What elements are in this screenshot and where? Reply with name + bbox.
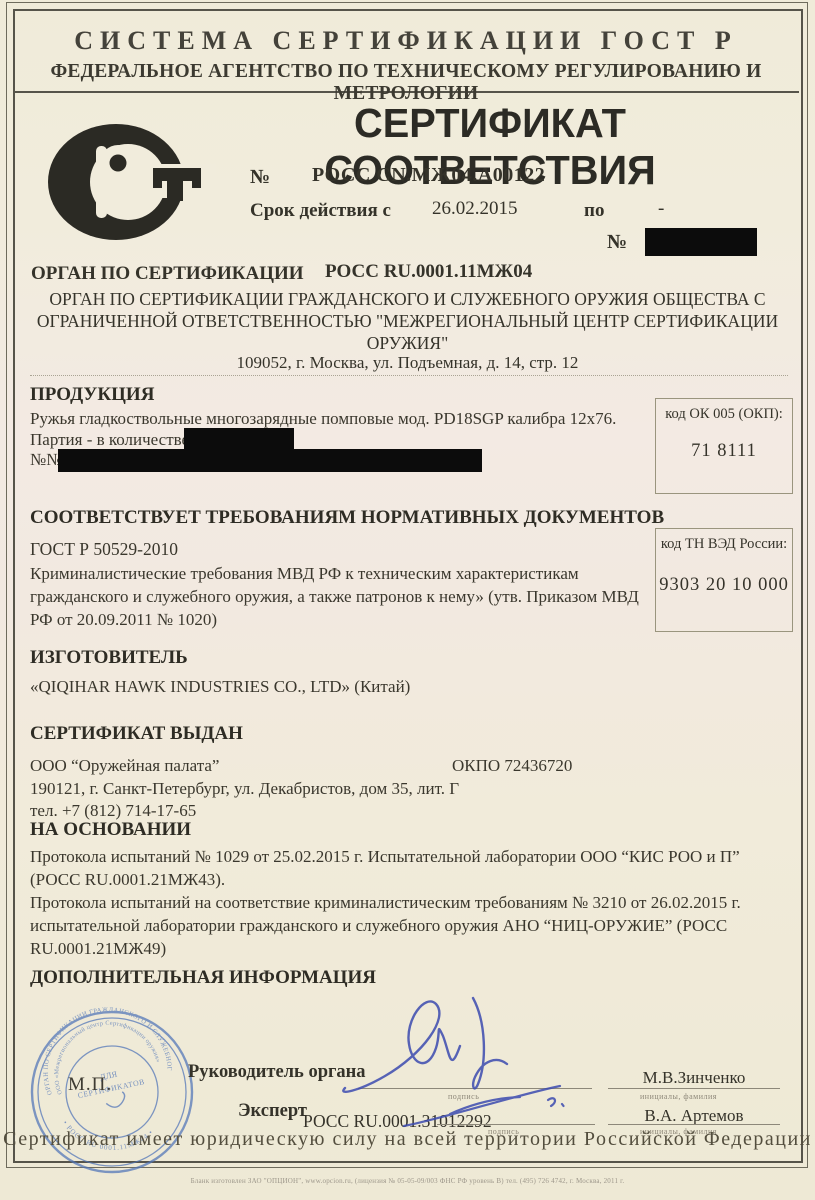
issued-name: ООО “Оружейная палата”: [30, 756, 219, 776]
basis-section-label: НА ОСНОВАНИИ: [30, 819, 191, 841]
agency-title: ФЕДЕРАЛЬНОЕ АГЕНТСТВО ПО ТЕХНИЧЕСКОМУ РЕ…: [13, 61, 799, 105]
rostest-logo-icon: [46, 116, 216, 251]
blank-number-redaction: [645, 228, 757, 256]
org-name: ОРГАН ПО СЕРТИФИКАЦИИ ГРАЖДАНСКОГО И СЛУ…: [25, 288, 790, 354]
issued-address: 190121, г. Санкт-Петербург, ул. Декабрис…: [30, 779, 459, 799]
section-divider: [30, 375, 788, 376]
round-stamp-seal-icon: ОРГАН ПО СЕРТИФИКАЦИИ ГРАЖДАНСКОГО И СЛУ…: [16, 1000, 216, 1190]
okp-code-box: код ОК 005 (ОКП): 71 8111: [655, 398, 793, 494]
product-description: Ружья гладкоствольные многозарядные помп…: [30, 409, 670, 429]
legal-validity-line: Сертификат имеет юридическую силу на все…: [0, 1128, 815, 1151]
mp-label: М.П.: [68, 1074, 112, 1096]
manufacturer-section-label: ИЗГОТОВИТЕЛЬ: [30, 647, 188, 669]
blank-number-label: №: [607, 231, 627, 254]
batch-redaction: [184, 428, 294, 450]
head-name-line: [608, 1060, 780, 1089]
additional-info-label: ДОПОЛНИТЕЛЬНАЯ ИНФОРМАЦИЯ: [30, 967, 376, 989]
cert-number-label: №: [250, 166, 270, 189]
header-box: СИСТЕМА СЕРТИФИКАЦИИ ГОСТ Р ФЕДЕРАЛЬНОЕ …: [13, 9, 799, 93]
basis-protocol-2: Протокола испытаний на соответствие крим…: [30, 891, 785, 960]
validity-label: Срок действия с: [250, 200, 391, 222]
expert-signature-ink-icon: [398, 1080, 573, 1135]
org-section-label: ОРГАН ПО СЕРТИФИКАЦИИ: [31, 263, 304, 285]
basis-protocol-1: Протокола испытаний № 1029 от 25.02.2015…: [30, 845, 785, 891]
tnved-code-label: код ТН ВЭД России:: [656, 536, 792, 553]
manufacturer-name: «QIQIHAR HAWK INDUSTRIES CO., LTD» (Кита…: [30, 677, 410, 697]
tnved-code-box: код ТН ВЭД России: 9303 20 10 000: [655, 528, 793, 632]
standard-description: Криминалистические требования МВД РФ к т…: [30, 562, 645, 631]
issued-phone: тел. +7 (812) 714-17-65: [30, 801, 196, 821]
okp-code-value: 71 8111: [656, 441, 792, 462]
standard-name: ГОСТ Р 50529-2010: [30, 539, 178, 560]
expert-title: Эксперт: [238, 1101, 307, 1122]
certificate-page: СИСТЕМА СЕРТИФИКАЦИИ ГОСТ Р ФЕДЕРАЛЬНОЕ …: [0, 0, 815, 1200]
validity-po-label: по: [584, 200, 604, 222]
org-code: РОСС RU.0001.11МЖ04: [325, 261, 532, 283]
org-address: 109052, г. Москва, ул. Подъемная, д. 14,…: [25, 353, 790, 373]
conformity-section-label: СООТВЕТСТВУЕТ ТРЕБОВАНИЯМ НОРМАТИВНЫХ ДО…: [30, 507, 664, 529]
print-info-line: Бланк изготовлен ЗАО "ОПЦИОН", www.opcio…: [0, 1177, 815, 1185]
tnved-code-value: 9303 20 10 000: [656, 575, 792, 596]
system-title: СИСТЕМА СЕРТИФИКАЦИИ ГОСТ Р: [13, 26, 799, 56]
okp-code-label: код ОК 005 (ОКП):: [656, 406, 792, 423]
expert-name-line: [608, 1098, 780, 1125]
validity-from-date: 26.02.2015: [432, 198, 518, 220]
product-section-label: ПРОДУКЦИЯ: [30, 384, 154, 406]
issued-section-label: СЕРТИФИКАТ ВЫДАН: [30, 723, 243, 745]
serials-redaction: [58, 449, 482, 472]
validity-to-date: -: [658, 198, 664, 220]
product-batch-label: Партия - в количестве: [30, 430, 189, 450]
cert-number-value: РОСС CN.МЖ04.А00122: [312, 164, 545, 187]
issued-okpo: ОКПО 72436720: [452, 756, 572, 776]
